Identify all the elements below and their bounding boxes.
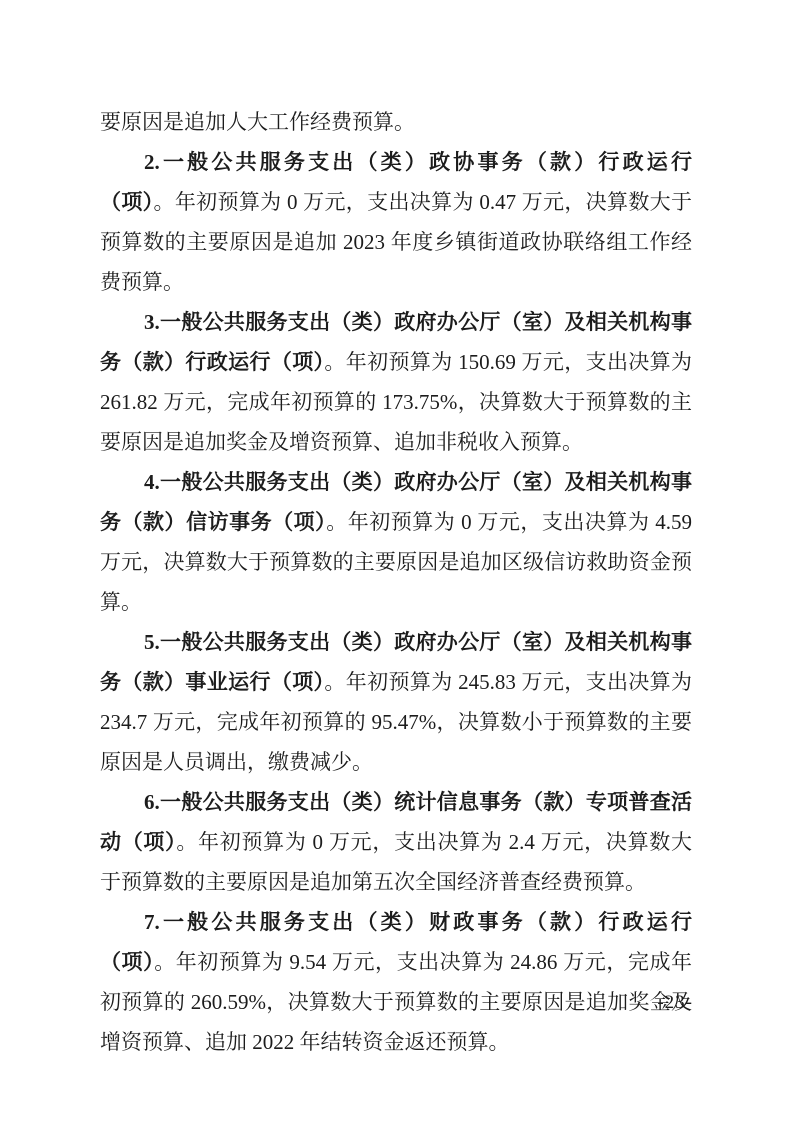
- paragraph-text: 。年初预算为 0 万元，支出决算为 2.4 万元，决算数大于预算数的主要原因是追…: [100, 830, 692, 894]
- paragraph-text: 。年初预算为 0 万元，支出决算为 0.47 万元，决算数大于预算数的主要原因是…: [100, 190, 692, 294]
- paragraph-item-2: 2.一般公共服务支出（类）政协事务（款）行政运行（项）。年初预算为 0 万元，支…: [100, 142, 692, 302]
- paragraph-text: 。年初预算为 9.54 万元，支出决算为 24.86 万元，完成年初预算的 26…: [100, 950, 692, 1054]
- paragraph-item-5: 5.一般公共服务支出（类）政府办公厅（室）及相关机构事务（款）事业运行（项）。年…: [100, 622, 692, 782]
- document-body: 要原因是追加人大工作经费预算。 2.一般公共服务支出（类）政协事务（款）行政运行…: [100, 102, 692, 1062]
- paragraph-text: 要原因是追加人大工作经费预算。: [100, 110, 415, 134]
- paragraph-continuation: 要原因是追加人大工作经费预算。: [100, 102, 692, 142]
- paragraph-item-7: 7.一般公共服务支出（类）财政事务（款）行政运行（项）。年初预算为 9.54 万…: [100, 902, 692, 1062]
- paragraph-item-6: 6.一般公共服务支出（类）统计信息事务（款）专项普查活动（项）。年初预算为 0 …: [100, 782, 692, 902]
- paragraph-item-4: 4.一般公共服务支出（类）政府办公厅（室）及相关机构事务（款）信访事务（项）。年…: [100, 462, 692, 622]
- paragraph-item-3: 3.一般公共服务支出（类）政府办公厅（室）及相关机构事务（款）行政运行（项）。年…: [100, 302, 692, 462]
- page-number: -23-: [657, 992, 693, 1014]
